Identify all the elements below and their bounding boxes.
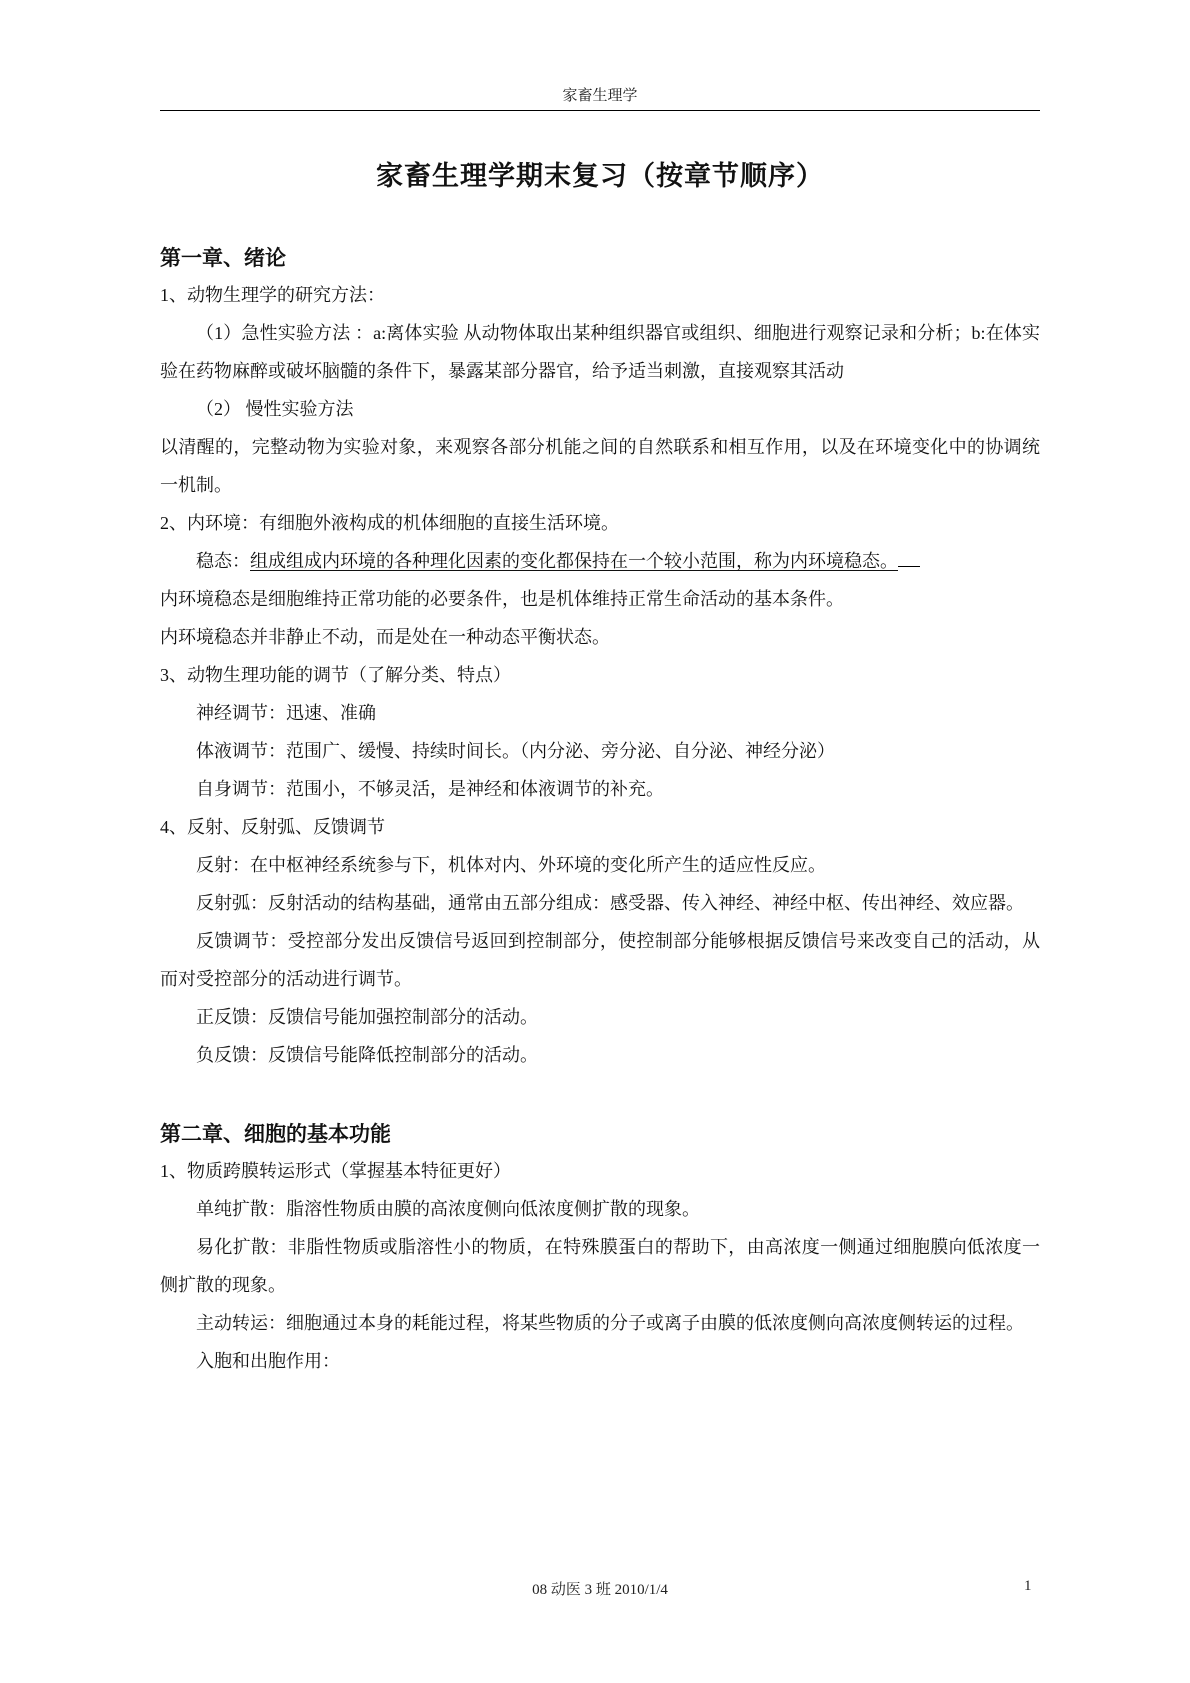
- chapter-heading: 第二章、细胞的基本功能: [160, 1116, 1040, 1152]
- paragraph: 反馈调节：受控部分发出反馈信号返回到控制部分，使控制部分能够根据反馈信号来改变自…: [160, 922, 1040, 998]
- page-number: 1: [1024, 1578, 1032, 1595]
- chapter-2: 第二章、细胞的基本功能 1、物质跨膜转运形式（掌握基本特征更好） 单纯扩散：脂溶…: [160, 1116, 1040, 1380]
- paragraph: 反射弧：反射活动的结构基础，通常由五部分组成：感受器、传入神经、神经中枢、传出神…: [160, 884, 1040, 922]
- section-heading: 1、物质跨膜转运形式（掌握基本特征更好）: [160, 1152, 1040, 1190]
- paragraph: 易化扩散：非脂性物质或脂溶性小的物质，在特殊膜蛋白的帮助下，由高浓度一侧通过细胞…: [160, 1228, 1040, 1304]
- homeostasis-definition: 稳态：组成组成内环境的各种理化因素的变化都保持在一个较小范围，称为内环境稳态。: [160, 542, 1040, 580]
- running-header: 家畜生理学: [160, 84, 1040, 105]
- paragraph: 内环境稳态是细胞维持正常功能的必要条件，也是机体维持正常生命活动的基本条件。: [160, 580, 1040, 618]
- chapter-heading: 第一章、绪论: [160, 240, 1040, 276]
- chapter-1: 第一章、绪论 1、动物生理学的研究方法： （1）急性实验方法 ：a:离体实验 从…: [160, 240, 1040, 1074]
- document-body: 第一章、绪论 1、动物生理学的研究方法： （1）急性实验方法 ：a:离体实验 从…: [160, 240, 1040, 1380]
- page-footer: 08 动医 3 班 2010/1/4: [160, 1578, 1040, 1599]
- term-label: 稳态：: [196, 551, 250, 571]
- underline-tail: [898, 546, 920, 567]
- paragraph: 以清醒的，完整动物为实验对象，来观察各部分机能之间的自然联系和相互作用，以及在环…: [160, 428, 1040, 504]
- paragraph: 负反馈：反馈信号能降低控制部分的活动。: [160, 1036, 1040, 1074]
- paragraph: 反射：在中枢神经系统参与下，机体对内、外环境的变化所产生的适应性反应。: [160, 846, 1040, 884]
- paragraph: （1）急性实验方法 ：a:离体实验 从动物体取出某种组织器官或组织、细胞进行观察…: [160, 314, 1040, 390]
- paragraph: 自身调节：范围小，不够灵活，是神经和体液调节的补充。: [160, 770, 1040, 808]
- paragraph: 入胞和出胞作用：: [160, 1342, 1040, 1380]
- paragraph: 主动转运：细胞通过本身的耗能过程，将某些物质的分子或离子由膜的低浓度侧向高浓度侧…: [160, 1304, 1040, 1342]
- underlined-definition: 组成组成内环境的各种理化因素的变化都保持在一个较小范围，称为内环境稳态。: [250, 551, 898, 571]
- section-heading: 2、内环境：有细胞外液构成的机体细胞的直接生活环境。: [160, 504, 1040, 542]
- header-rule: [160, 110, 1040, 111]
- paragraph: （2） 慢性实验方法: [160, 390, 1040, 428]
- paragraph: 神经调节：迅速、准确: [160, 694, 1040, 732]
- paragraph: 体液调节：范围广、缓慢、持续时间长。（内分泌、旁分泌、自分泌、神经分泌）: [160, 732, 1040, 770]
- paragraph: 内环境稳态并非静止不动，而是处在一种动态平衡状态。: [160, 618, 1040, 656]
- document-title: 家畜生理学期末复习（按章节顺序）: [160, 154, 1040, 193]
- section-heading: 3、动物生理功能的调节（了解分类、特点）: [160, 656, 1040, 694]
- paragraph: 正反馈：反馈信号能加强控制部分的活动。: [160, 998, 1040, 1036]
- section-heading: 4、反射、反射弧、反馈调节: [160, 808, 1040, 846]
- paragraph: 单纯扩散：脂溶性物质由膜的高浓度侧向低浓度侧扩散的现象。: [160, 1190, 1040, 1228]
- section-heading: 1、动物生理学的研究方法：: [160, 276, 1040, 314]
